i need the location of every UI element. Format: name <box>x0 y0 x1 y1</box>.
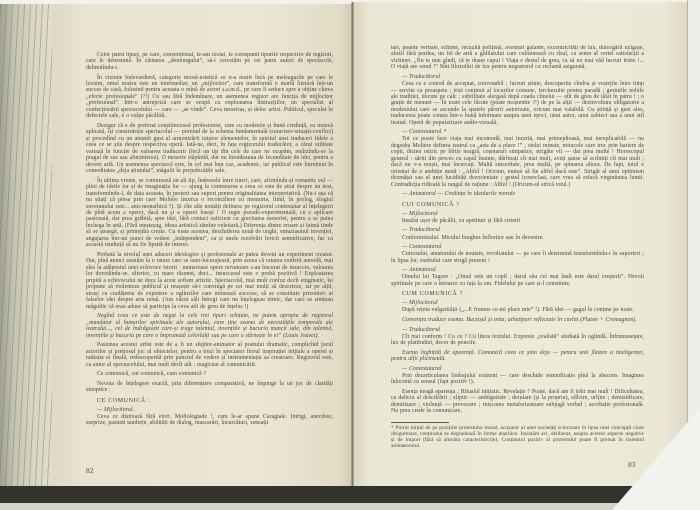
desk-edge-strip <box>0 503 700 510</box>
footnote-text: * Pornit inițial de pe pozițiile protest… <box>391 422 644 449</box>
paragraph: Cît mai conform ! Cu ce ? Cu litera text… <box>391 334 644 347</box>
paragraph: Tot ce poate face viața mai incomodă, ma… <box>391 136 644 188</box>
paragraph: Desigur că e de preferat conștiinciosul … <box>86 123 333 175</box>
dash-label: — Contestatarul <box>391 244 644 250</box>
paragraph: Nevoia de înțelegere exactă, prin difere… <box>86 381 333 394</box>
dash-label: — Mijlocitorul <box>391 211 644 217</box>
paragraph: Curiosului, amatorului de noutate, revol… <box>391 251 644 264</box>
paragraph: Prin dezarticularea limbajului existent … <box>391 373 644 386</box>
dash-label: — Traducătorul <box>391 327 644 333</box>
dash-label: — Traducătorul <box>391 74 644 80</box>
page-number-left: 82 <box>86 466 94 475</box>
paragraph: Ceea ce e comod de acceptat, convenabil … <box>391 81 644 126</box>
dash-label: — Mijlocitorul. <box>86 407 333 413</box>
paragraph: Esența înghițită de aparență. Comunică c… <box>391 350 644 363</box>
dash-label: — Mijlocitorul <box>391 300 644 306</box>
paragraph: Probată la nivelul unei aduceri ideologi… <box>86 252 333 310</box>
dash-label: — Traducătorul <box>391 227 644 233</box>
paragraph: Celor patru tipuri, pe care, convenționa… <box>86 52 333 71</box>
paragraph: Ceva ce distrează fără efort. Moftologia… <box>86 414 333 427</box>
right-page-text: tari, poante verbale, schime, recuzită p… <box>391 45 644 463</box>
section-heading: CUM COMUNICĂ ? <box>391 291 644 297</box>
paragraph: Negînd ceea ce este de negat la cele tre… <box>86 313 333 339</box>
paragraph: tari, poante verbale, schime, recuzită p… <box>391 45 644 71</box>
section-heading: CUI COMUNICĂ ? <box>391 202 644 208</box>
paragraph: Omului lui Tagore : „Omul este un copil … <box>391 274 644 287</box>
page-number-right: 83 <box>628 460 636 469</box>
paragraph: În ultima vreme, se conturează un alt ti… <box>86 178 333 249</box>
paragraph: Esența neagă aparența ; Ritualul inițiat… <box>391 389 644 415</box>
paragraph: Insului ușor de păcălit, cu apetituri și… <box>391 218 644 224</box>
paragraph: În viziune bulevardieră, categorie moral… <box>86 75 333 120</box>
dash-label: — Animatorul — Credința în idealurile mo… <box>391 191 644 197</box>
paragraph: Conformistului. Micului burghez înflorit… <box>391 235 644 241</box>
shadow-band <box>0 486 700 503</box>
dash-label: — Contestatarul * <box>391 129 644 135</box>
page-edges-stack <box>0 4 56 486</box>
dash-label: — Contestatarul <box>391 366 644 372</box>
book-gutter <box>351 2 354 486</box>
paragraph: Pasiunea acestui artist este de a fi un … <box>86 342 333 368</box>
book-spread-scan: Celor patru tipuri, pe care, convenționa… <box>0 0 700 510</box>
paragraph: Convenția traduce esența. Bacșișul și mi… <box>391 317 644 323</box>
paragraph: După rețeta vulgarității („...E frumos c… <box>391 307 644 313</box>
left-page-text: Celor patru tipuri, pe care, convenționa… <box>86 52 333 464</box>
section-heading: CE COMUNICĂ : <box>86 398 333 404</box>
dash-label: — Animatorul <box>391 267 644 273</box>
paragraph: Ce comunică, cui comunică, cum comunică … <box>86 371 333 377</box>
